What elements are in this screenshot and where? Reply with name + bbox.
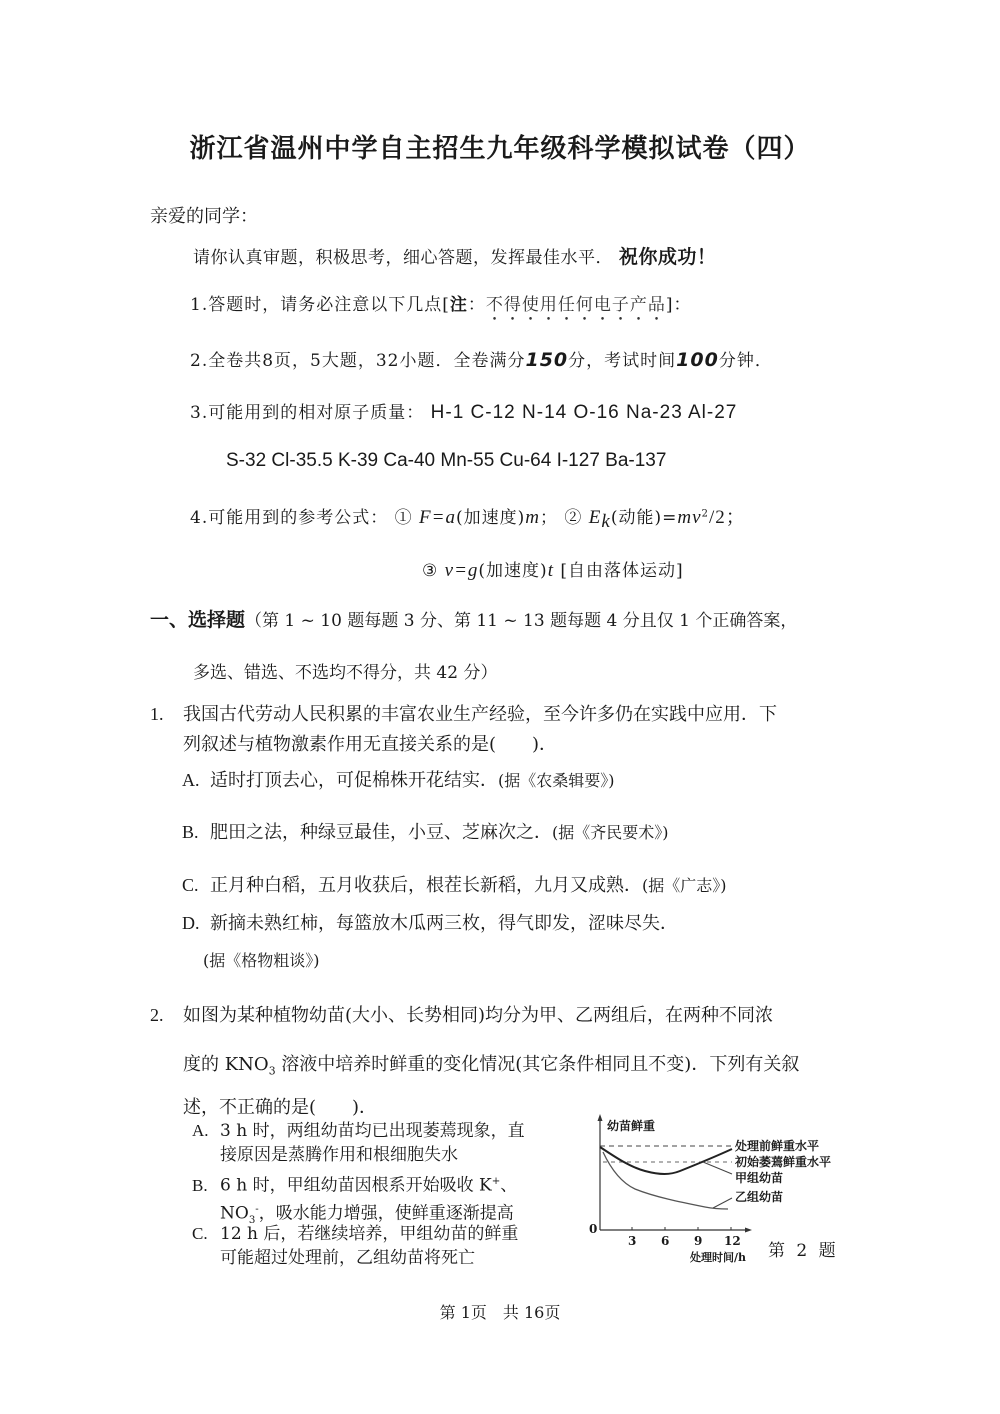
y-axis-arrow-icon: [598, 1114, 603, 1121]
atomic-mass: S-32: [226, 450, 266, 471]
x-tick-9: 9: [694, 1234, 702, 1248]
total-score: 150: [525, 349, 568, 371]
option-source: (据《农桑辑要》): [498, 771, 615, 790]
formula-2-symbol: E: [589, 507, 602, 528]
option-text-cont: 可能超过处理前，乙组幼苗将死亡: [192, 1246, 518, 1270]
exam-minutes: 100: [676, 349, 719, 371]
option-text-cont: 接原因是蒸腾作用和根细胞失水: [192, 1143, 525, 1167]
atomic-mass: C-12: [471, 402, 516, 423]
instruction-4-prefix: 4.可能用到的参考公式：: [190, 508, 388, 528]
question-1-option-d-source: (据《格物粗谈》): [203, 948, 320, 971]
atomic-mass: H-1: [431, 402, 465, 423]
x-axis-arrow-icon: [745, 1228, 752, 1233]
atomic-mass: N-14: [522, 402, 567, 423]
instruction-4: 4.可能用到的参考公式： ① F=a(加速度)m； ② Ek(动能)=mv2/2…: [190, 502, 746, 533]
formula-2-tail: /2；: [709, 507, 746, 528]
page-title: 浙江省温州中学自主招生九年级科学模拟试卷（四）: [0, 128, 1000, 165]
formula-1-lhs: F=a: [419, 507, 456, 528]
instruction-2-part1: 2.全卷共8页，5大题，32小题．全卷满分: [190, 351, 525, 371]
option-text: 正月种白稻，五月收获后，根茬长新稻，九月又成熟．: [210, 875, 642, 896]
question-2-stem-line1: 2.如图为某种植物幼苗(大小、长势相同)均分为甲、乙两组后，在两种不同浓: [150, 1001, 773, 1027]
option-text: 适时打顶去心，可促棉株开花结实．: [210, 770, 498, 791]
option-label: A.: [192, 1119, 220, 1143]
question-1-stem-line1: 1.我国古代劳动人民积累的丰富农业生产经验，至今许多仍在实践中应用．下: [150, 700, 777, 726]
atomic-mass: Na-23: [626, 402, 683, 423]
subscript: 3: [269, 1065, 276, 1078]
wish-bold: 祝你成功！: [619, 246, 717, 268]
option-source: (据《齐民要术》): [552, 823, 669, 842]
question-2-stem-line2: 度的 KNO3 溶液中培养时鲜重的变化情况(其它条件相同且不变)．下列有关叙: [183, 1050, 799, 1078]
option-text: 新摘未熟红柿，每篮放木瓜两三枚，得气即发，涩味尽失．: [210, 913, 678, 934]
question-1-option-d[interactable]: D.新摘未熟红柿，每篮放木瓜两三枚，得气即发，涩味尽失．: [182, 909, 678, 935]
option-text: 肥田之法，种绿豆最佳，小豆、芝麻次之．: [210, 822, 552, 843]
question-1-option-a[interactable]: A.适时打顶去心，可促棉株开花结实．(据《农桑辑要》): [182, 766, 615, 792]
question-2-option-a[interactable]: A.3 h 时，两组幼苗均已出现萎蔫现象，直 接原因是蒸腾作用和根细胞失水: [192, 1119, 525, 1167]
option-label: C.: [192, 1222, 220, 1246]
formula-2-subscript: k: [601, 511, 610, 532]
instruction-1: 1.答题时，请务必注意以下几点[注：不得使用任何电子产品]：: [190, 290, 692, 325]
option-label: C.: [182, 875, 210, 896]
x-axis-label: 处理时间/h: [690, 1249, 746, 1265]
y-axis-label: 幼苗鲜重: [607, 1117, 655, 1134]
question-1-option-b[interactable]: B.肥田之法，种绿豆最佳，小豆、芝麻次之．(据《齐民要术》): [182, 818, 669, 844]
greeting: 亲爱的同学：: [150, 202, 258, 228]
legend-group-jia: 甲组幼苗: [735, 1169, 783, 1186]
option-label: B.: [192, 1174, 220, 1198]
page-footer: 第 1页 共 16页: [0, 1300, 1000, 1323]
instruction-1-suffix: ]：: [666, 295, 692, 315]
formula-1-number: ①: [395, 508, 413, 528]
section-title: 选择题: [188, 609, 245, 631]
instruction-2: 2.全卷共8页，5大题，32小题．全卷满分150分，考试时间100分钟．: [190, 346, 773, 371]
option-label: D.: [182, 913, 210, 934]
option-text: 、: [500, 1176, 517, 1196]
atomic-mass: Cu-64: [500, 450, 552, 471]
atomic-mass: O-16: [573, 402, 619, 423]
instruction-2-part3: 分钟．: [719, 351, 773, 371]
option-text-cont: NO: [220, 1203, 249, 1223]
atomic-mass: K-39: [338, 450, 378, 471]
formula-3-number: ③: [422, 561, 438, 581]
atomic-mass: I-127: [557, 450, 600, 471]
wish-line: 请你认真审题，积极思考，细心答题，发挥最佳水平． 祝你成功！: [193, 242, 716, 269]
leader-line-jia: [703, 1162, 732, 1174]
question-stem: 如图为某种植物幼苗(大小、长势相同)均分为甲、乙两组后，在两种不同浓: [183, 1005, 773, 1026]
formula-2-note: (动能)=: [611, 508, 678, 528]
formula-2-rhs: mv: [677, 507, 701, 528]
instruction-1-prefix: 1.答题时，请务必注意以下几点[: [190, 295, 450, 315]
instruction-3-prefix: 3.可能用到的相对原子质量：: [190, 403, 424, 423]
note-label: 注: [450, 295, 468, 315]
option-text: 12 h 后，若继续培养，甲组幼苗的鲜重: [220, 1224, 518, 1244]
atomic-mass-line2: S-32 Cl-35.5 K-39 Ca-40 Mn-55 Cu-64 I-12…: [226, 450, 666, 472]
question-number: 1.: [150, 704, 183, 725]
x-tick-6: 6: [661, 1234, 669, 1248]
note-dotted-text: 不得使用任何电子产品: [486, 295, 666, 315]
atomic-mass: Ca-40: [383, 450, 435, 471]
legend-initial-wilting-level: 初始萎蔫鲜重水平: [735, 1153, 831, 1170]
instruction-2-part2: 分，考试时间: [568, 351, 676, 371]
question-1-option-c[interactable]: C.正月种白稻，五月收获后，根茬长新稻，九月又成熟．(据《广志》): [182, 871, 727, 897]
formula-2-exponent: 2: [702, 508, 709, 519]
option-source: (据《广志》): [642, 876, 727, 895]
formula-3-note: (加速度): [478, 561, 547, 581]
option-text: 6 h 时，甲组幼苗因根系开始吸收 K: [220, 1176, 492, 1196]
instruction-3: 3.可能用到的相对原子质量： H-1 C-12 N-14 O-16 Na-23 …: [190, 398, 737, 424]
atomic-mass: Al-27: [688, 402, 737, 423]
option-text-cont: ，吸水能力增强，使鲜重逐渐提高: [259, 1203, 514, 1223]
figure-caption: 第 2 题: [768, 1236, 839, 1261]
atomic-mass: Mn-55: [440, 450, 494, 471]
separator: ；: [540, 508, 558, 528]
formula-3-lhs: v=g: [445, 560, 479, 581]
question-number: 2.: [150, 1005, 183, 1026]
note-colon: ：: [468, 295, 486, 315]
question-stem: 我国古代劳动人民积累的丰富农业生产经验，至今许多仍在实践中应用．下: [183, 704, 777, 725]
option-text: 3 h 时，两组幼苗均已出现萎蔫现象，直: [220, 1121, 525, 1141]
section-1-heading: 一、选择题（第 1 ~ 10 题每题 3 分、第 11 ~ 13 题每题 4 分…: [150, 605, 797, 632]
section-desc-line1: （第 1 ~ 10 题每题 3 分、第 11 ~ 13 题每题 4 分且仅 1 …: [245, 611, 797, 631]
legend-group-yi: 乙组幼苗: [735, 1188, 783, 1205]
stem-text: 溶液中培养时鲜重的变化情况(其它条件相同且不变)．下列有关叙: [276, 1054, 800, 1075]
section-number: 一、: [150, 609, 188, 631]
question-1-stem-line2: 列叙述与植物激素作用无直接关系的是( )．: [183, 730, 557, 756]
atomic-mass-line1: H-1 C-12 N-14 O-16 Na-23 Al-27: [431, 402, 738, 423]
section-1-desc-line2: 多选、错选、不选均不得分，共 42 分）: [193, 658, 497, 683]
leader-line-yi: [713, 1198, 732, 1208]
series-group-jia: [600, 1147, 732, 1174]
formula-1-note: (加速度): [456, 508, 525, 528]
formula-1-rhs: m: [525, 507, 540, 528]
option-label: A.: [182, 770, 210, 791]
atomic-mass: Cl-35.5: [271, 450, 332, 471]
x-tick-3: 3: [628, 1234, 636, 1248]
superscript: +: [492, 1176, 501, 1187]
question-2-option-c[interactable]: C.12 h 后，若继续培养，甲组幼苗的鲜重 可能超过处理前，乙组幼苗将死亡: [192, 1222, 518, 1270]
instruction-4-formula-3: ③ v=g(加速度)t [自由落体运动]: [422, 556, 684, 582]
formula-2-number: ②: [564, 508, 582, 528]
option-label: B.: [182, 822, 210, 843]
question-2-stem-line3: 述，不正确的是( )．: [183, 1093, 377, 1119]
legend-pre-treatment-level: 处理前鲜重水平: [735, 1137, 819, 1154]
atomic-mass: Ba-137: [605, 450, 666, 471]
stem-text: 度的 KNO: [183, 1054, 269, 1075]
origin-label: 0: [589, 1222, 597, 1236]
wish-text: 请你认真审题，积极思考，细心答题，发挥最佳水平．: [193, 248, 613, 268]
x-tick-12: 12: [724, 1234, 741, 1248]
formula-3-annotation: [自由落体运动]: [554, 561, 684, 581]
